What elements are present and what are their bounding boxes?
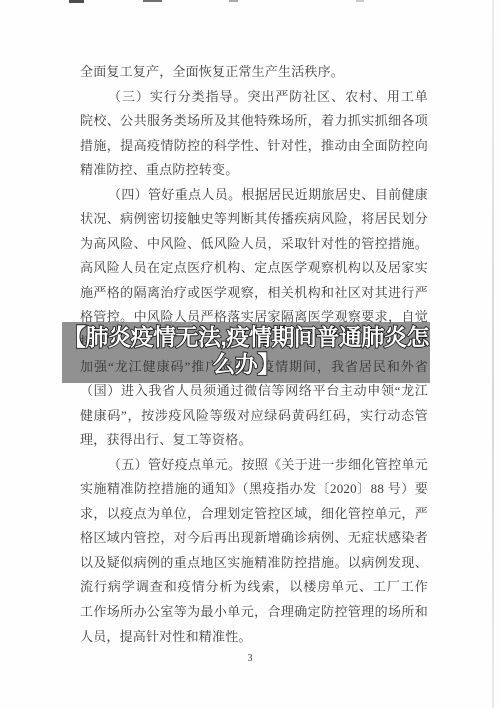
scan-artifact xyxy=(229,0,238,2)
text-line: 措施，提高疫情防控的科学性、针对性，推动由全面防控向 xyxy=(80,134,428,159)
scan-artifact xyxy=(356,0,364,2)
text-line: 状况、病例密切接触史等判断其传播疾病风险，将居民划分 xyxy=(80,207,428,232)
text-line: 为高风险、中风险、低风险人员，采取针对性的管控措施。 xyxy=(80,232,428,257)
title-overlay-banner: 【肺炎疫情无法,疫情期间普通肺炎怎 么办】 xyxy=(62,322,430,383)
page-edge-shadow xyxy=(492,0,494,708)
text-line: 高风险人员在定点医疗机构、定点医学观察机构以及居家实 xyxy=(80,256,428,281)
text-line: 理，获得出行、复工等资格。 xyxy=(80,428,428,453)
text-line: 格区域内管控，对今后再出现新增确诊病例、无症状感染者 xyxy=(80,526,428,551)
scan-artifact xyxy=(143,0,162,2)
text-line: （三）实行分类指导。突出严防社区、农村、用工单位、 xyxy=(80,85,428,110)
text-line: 以及疑似病例的重点地区实施精准防控措施。以病例发现、 xyxy=(80,551,428,576)
text-line: 院校、公共服务类场所及其他特殊场所，着力抓实抓细各项 xyxy=(80,109,428,134)
page-number: 3 xyxy=(0,653,500,664)
text-line: 全面复工复产，全面恢复正常生产生活秩序。 xyxy=(80,60,428,85)
text-line: 人员，提高针对性和精准性。 xyxy=(80,625,428,650)
overlay-title-line2: 么办】 xyxy=(62,351,430,378)
text-line: 施严格的隔离治疗或医学观察，相关机构和社区对其进行严 xyxy=(80,281,428,306)
scan-artifact xyxy=(69,0,84,3)
text-line: 精准防控、重点防控转变。 xyxy=(80,158,428,183)
document-page: 全面复工复产，全面恢复正常生产生活秩序。（三）实行分类指导。突出严防社区、农村、… xyxy=(0,0,500,708)
overlay-title-line1: 【肺炎疫情无法,疫情期间普通肺炎怎 xyxy=(62,324,430,351)
text-line: （五）管好疫点单元。按照《关于进一步细化管控单元 xyxy=(80,453,428,478)
text-line: 求，以疫点为单位，合理划定管控区域，细化管控单元，严 xyxy=(80,502,428,527)
text-line: 流行病学调查和疫情分析为线索，以楼房单元、工厂工作间、 xyxy=(80,575,428,600)
text-line: 工作场所办公室等为最小单元，合理确定防控管理的场所和 xyxy=(80,600,428,625)
text-line: （四）管好重点人员。根据居民近期旅居史、目前健康 xyxy=(80,183,428,208)
text-line: 实施精准防控措施的通知》（黑疫指办发〔2020〕88 号）要 xyxy=(80,477,428,502)
text-line: 健康码”，按涉疫风险等级对应绿码黄码红码，实行动态管 xyxy=(80,404,428,429)
